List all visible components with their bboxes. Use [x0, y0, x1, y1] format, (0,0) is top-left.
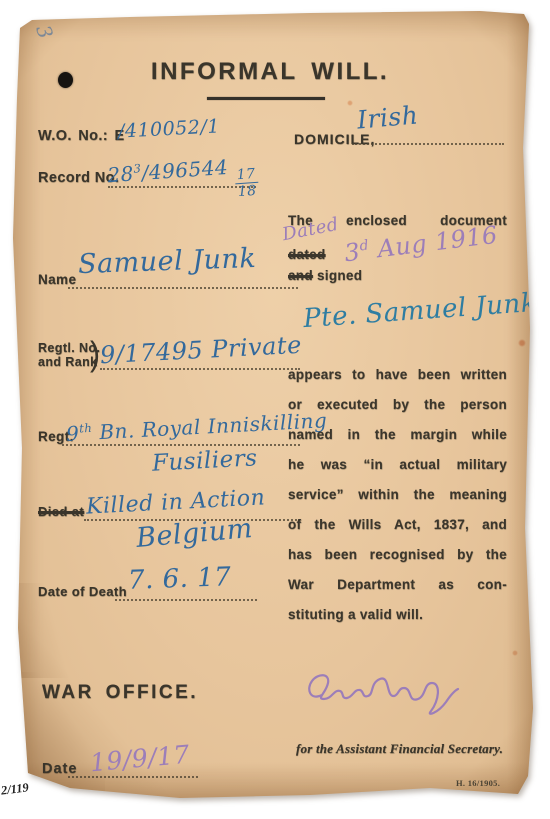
- name-label: Name: [38, 272, 76, 287]
- document-sheet: 3 INFORMAL WILL. W.O. No.: E /410052/1 D…: [10, 8, 537, 802]
- wo-no-value: /410052/1: [117, 115, 220, 142]
- record-no-fraction: 1718: [234, 167, 259, 200]
- title-rule: [207, 97, 325, 100]
- paper-background: 3 INFORMAL WILL. W.O. No.: E /410052/1 D…: [10, 8, 537, 802]
- regtl-no-rank-value: 9/17495 Private: [99, 331, 302, 370]
- statement-line: War Department as con-: [288, 577, 507, 592]
- for-secretary-label: for the Assistant Financial Secretary.: [296, 741, 503, 757]
- record-no-value: 283/4965441718: [107, 153, 260, 208]
- died-at-label: Died at: [38, 504, 84, 519]
- name-value: Samuel Junk: [78, 243, 257, 280]
- date-dotted-line: [68, 776, 198, 778]
- statement-line: service” within the meaning: [288, 487, 507, 502]
- statement-line: has been recognised by the: [288, 547, 507, 562]
- domicile-dotted-line: [352, 143, 504, 145]
- statement-line: appears to have been written: [288, 367, 507, 382]
- regt-value-line2: Fusiliers: [151, 445, 258, 476]
- form-title: INFORMAL WILL.: [10, 58, 530, 86]
- regt-dotted-line: [62, 444, 300, 446]
- statement-line: stituting a valid will.: [288, 607, 507, 622]
- statement-line: named in the margin while: [288, 427, 507, 442]
- name-dotted-line: [68, 287, 298, 289]
- statement-line: he was “in actual military: [288, 457, 507, 472]
- signature: [300, 661, 475, 723]
- date-value: 19/9/17: [89, 740, 191, 778]
- date-of-death-label: Date of Death: [38, 584, 127, 599]
- date-label: Date: [42, 761, 77, 777]
- form-reference: H. 16/1905.: [456, 778, 500, 788]
- signed-value: Pte. Samuel Junk: [302, 288, 538, 334]
- folio-number: 3: [31, 22, 58, 42]
- wo-no-label: W.O. No.: E: [38, 128, 125, 144]
- date-of-death-dotted-line: [115, 599, 257, 601]
- regtl-dotted-line: [100, 368, 300, 370]
- and-signed-line: and signed: [288, 268, 507, 283]
- war-office-label: WAR OFFICE.: [42, 682, 198, 704]
- date-of-death-value: 7. 6. 17: [128, 562, 232, 596]
- statement-line: of the Wills Act, 1837, and: [288, 517, 507, 532]
- domicile-value: Irish: [356, 100, 420, 134]
